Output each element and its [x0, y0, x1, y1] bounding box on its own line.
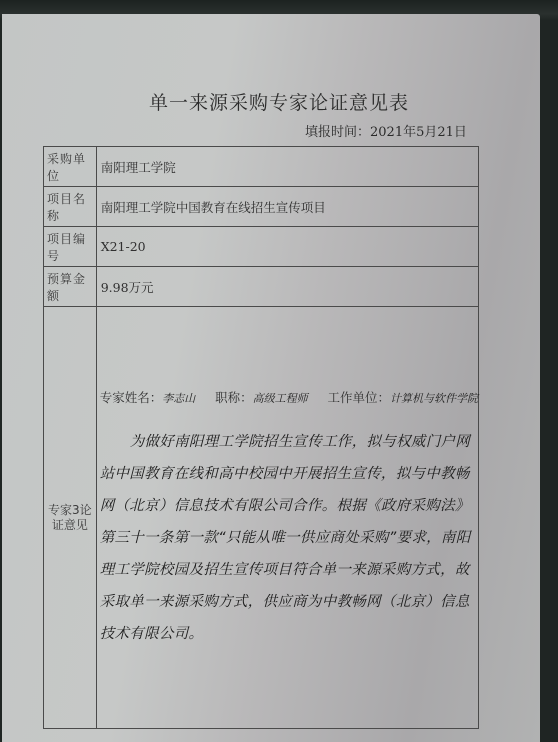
fill-date: 填报时间：2021年5月21日: [305, 121, 467, 140]
work-unit-label: 工作单位：: [327, 390, 390, 405]
form-row-project-name: 项目名称 南阳理工学院中国教育在线招生宣传项目: [44, 187, 479, 227]
form-value: 南阳理工学院: [96, 147, 478, 187]
opinion-cell: 专家姓名：李志山 职称：高级工程师 工作单位：计算机与软件学院 为做好南阳理工学…: [96, 307, 478, 729]
form-value: 9.98万元: [96, 267, 478, 307]
form-label: 预算金额: [44, 267, 97, 307]
form-label: 采购单位: [44, 147, 97, 187]
form-value: X21-20: [96, 227, 478, 267]
expert-title-label: 职称：: [215, 390, 253, 405]
form-row-purchaser: 采购单位 南阳理工学院: [44, 147, 479, 187]
opinion-label: 专家3论证意见: [44, 307, 97, 729]
fill-date-label: 填报时间：: [305, 125, 370, 140]
expert-name-label: 专家姓名：: [100, 390, 163, 405]
expert-title: 高级工程师: [253, 392, 308, 405]
document-title: 单一来源采购专家论证意见表: [0, 88, 558, 115]
handwritten-opinion-text: 为做好南阳理工学院招生宣传工作，拟与权威门户网站中国教育在线和高中校园中开展招生…: [97, 406, 478, 650]
expert-info-line: 专家姓名：李志山 职称：高级工程师 工作单位：计算机与软件学院: [97, 386, 478, 406]
opinion-form-table: 采购单位 南阳理工学院 项目名称 南阳理工学院中国教育在线招生宣传项目 项目编号…: [43, 146, 479, 729]
form-value: 南阳理工学院中国教育在线招生宣传项目: [96, 187, 478, 227]
form-label: 项目名称: [44, 187, 97, 227]
form-row-project-number: 项目编号 X21-20: [44, 227, 479, 267]
form-row-budget: 预算金额 9.98万元: [44, 267, 479, 307]
fill-date-value: 2021年5月21日: [370, 125, 467, 140]
expert-name: 李志山: [162, 392, 195, 405]
form-label: 项目编号: [44, 227, 97, 267]
work-unit: 计算机与软件学院: [390, 392, 478, 405]
form-row-expert-opinion: 专家3论证意见 专家姓名：李志山 职称：高级工程师 工作单位：计算机与软件学院 …: [44, 307, 479, 729]
